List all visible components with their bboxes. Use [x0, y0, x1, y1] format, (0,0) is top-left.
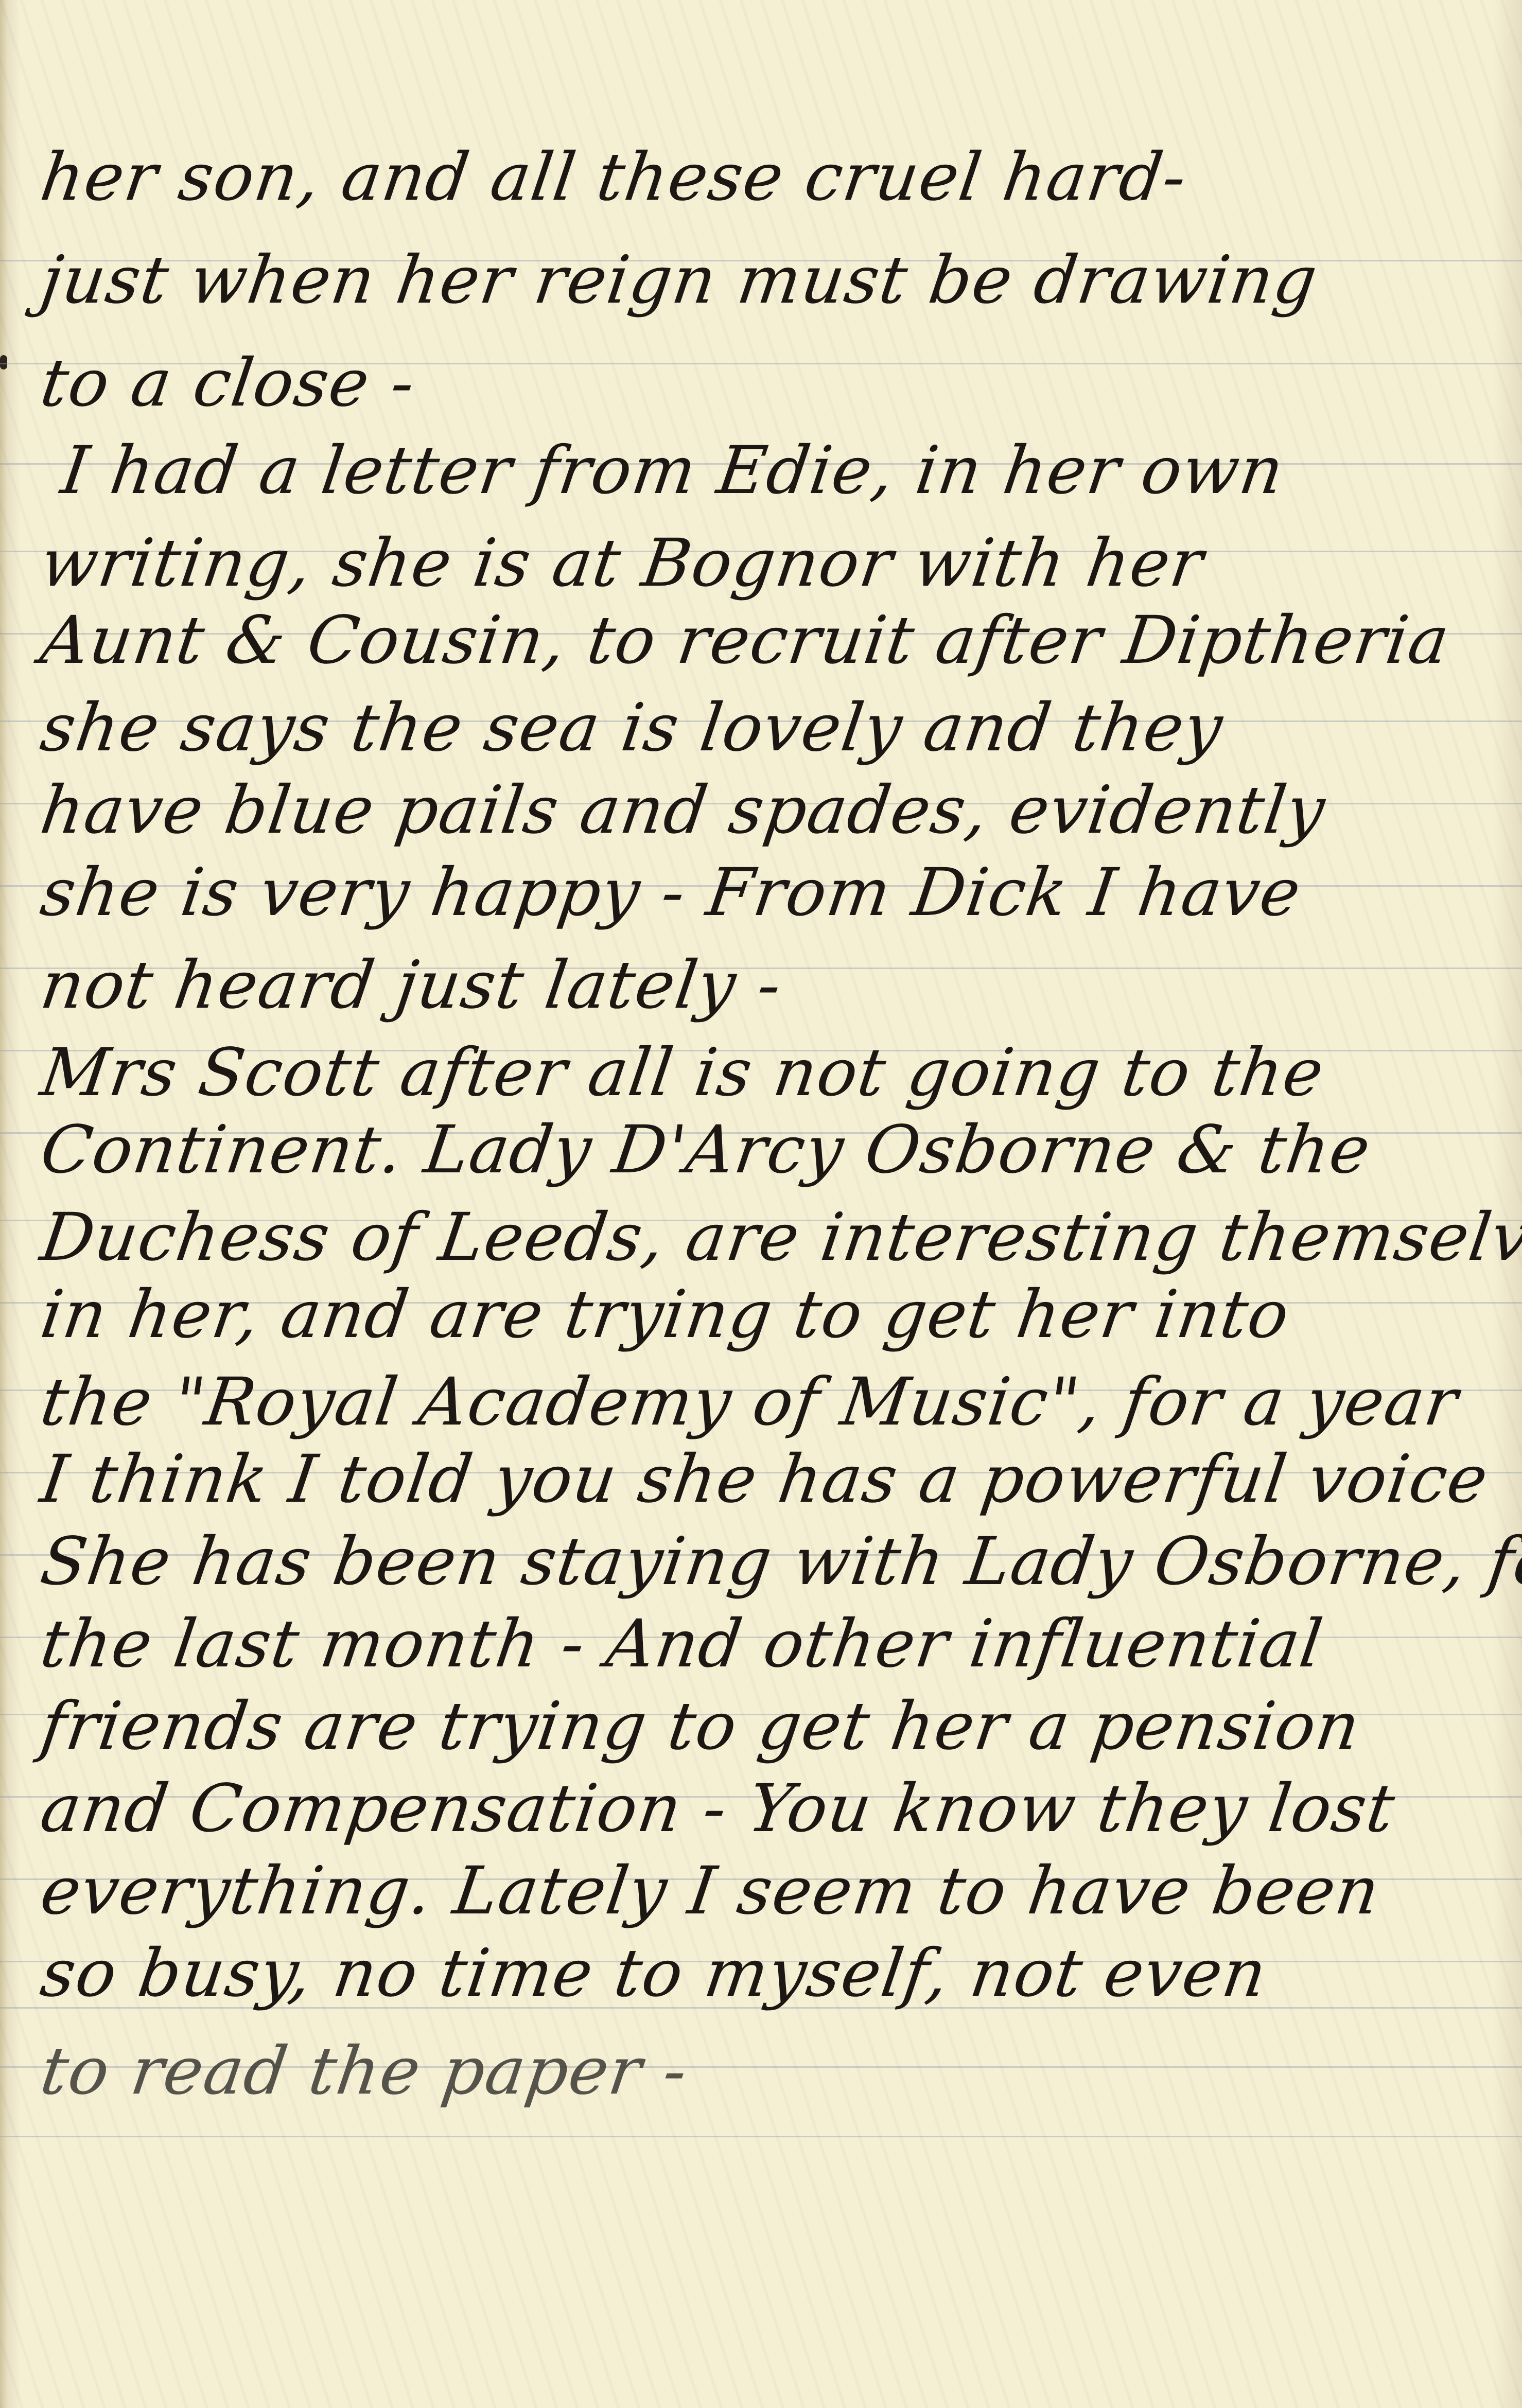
letter-line: writing, she is at Bognor with her: [36, 525, 1498, 602]
letter-line: so busy, no time to myself, not even: [36, 1935, 1498, 2012]
letter-line: I had a letter from Edie, in her own: [57, 432, 1519, 509]
letter-line: and Compensation - You know they lost: [36, 1770, 1498, 1848]
letter-line: Mrs Scott after all is not going to the: [36, 1034, 1498, 1112]
margin-ink-mark: [0, 355, 7, 370]
letter-line: to a close -: [36, 345, 1498, 422]
letter-line: her son, and all these cruel hard-: [36, 139, 1498, 216]
letter-page: her son, and all these cruel hard- just …: [0, 0, 1522, 2408]
rule-line: [0, 2136, 1522, 2137]
letter-line: everything. Lately I seem to have been: [36, 1853, 1498, 1930]
letter-line: friends are trying to get her a pension: [36, 1688, 1498, 1765]
letter-line: she says the sea is lovely and they: [36, 690, 1498, 767]
letter-line: not heard just lately -: [36, 947, 1498, 1024]
letter-line: she is very happy - From Dick I have: [36, 854, 1498, 931]
letter-line: Continent. Lady D'Arcy Osborne & the: [36, 1112, 1498, 1189]
letter-line: the last month - And other influential: [36, 1606, 1498, 1683]
letter-line: Duchess of Leeds, are interesting themse…: [36, 1199, 1498, 1276]
letter-line: to read the paper -: [36, 2033, 1498, 2110]
letter-line: in her, and are trying to get her into: [36, 1276, 1498, 1354]
letter-line: Aunt & Cousin, to recruit after Diptheri…: [36, 602, 1498, 679]
letter-line: the "Royal Academy of Music", for a year: [36, 1364, 1498, 1441]
letter-line: have blue pails and spades, evidently: [36, 772, 1498, 849]
letter-line: I think I told you she has a powerful vo…: [36, 1441, 1498, 1518]
letter-line: She has been staying with Lady Osborne, …: [36, 1523, 1498, 1601]
letter-line: just when her reign must be drawing: [36, 242, 1498, 319]
